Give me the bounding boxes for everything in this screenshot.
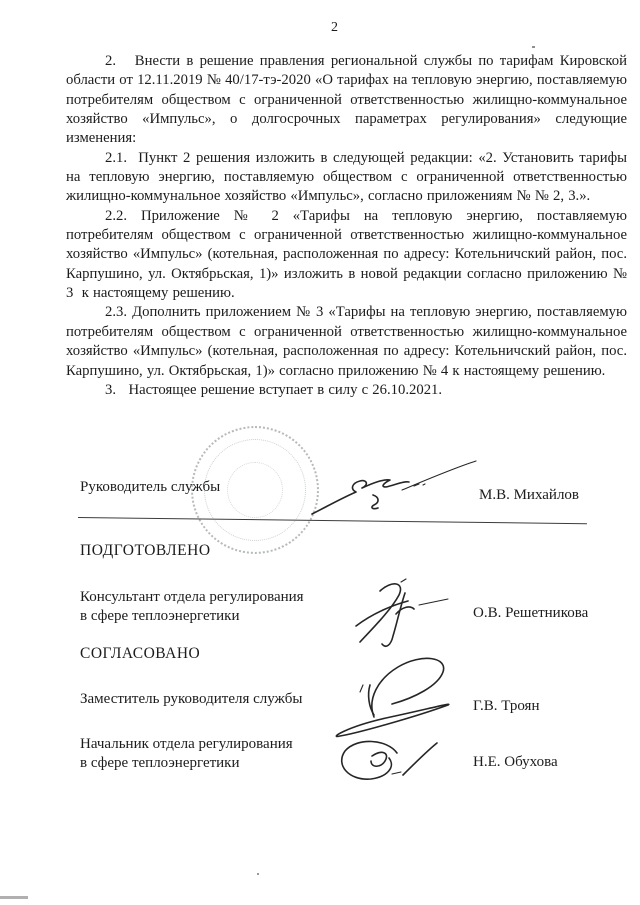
head-signer-title: Руководитель службы bbox=[80, 478, 220, 497]
signature-rule-line bbox=[78, 517, 587, 524]
scan-artifact-corner-line bbox=[0, 896, 28, 899]
document-page: 2 2. Внести в решение правления регионал… bbox=[0, 0, 640, 905]
signature-troyan bbox=[330, 655, 470, 745]
paragraph-2-3: 2.3. Дополнить приложением № 3 «Тарифы н… bbox=[66, 303, 627, 380]
prepared-signer-title-line2: в сфере теплоэнергетики bbox=[80, 607, 304, 626]
page-number: 2 bbox=[66, 20, 603, 36]
paragraph-2-2: 2.2. Приложение № 2 «Тарифы на тепловую … bbox=[66, 207, 627, 304]
agreed-signer-2-name: Н.Е. Обухова bbox=[473, 753, 558, 772]
signature-obukhova bbox=[335, 735, 445, 790]
prepared-section-label: ПОДГОТОВЛЕНО bbox=[80, 542, 211, 560]
paragraph-3: 3. Настоящее решение вступает в силу с 2… bbox=[66, 381, 627, 400]
prepared-signer-name: О.В. Решетникова bbox=[473, 604, 588, 623]
agreed-section-label: СОГЛАСОВАНО bbox=[80, 645, 200, 663]
agreed-signer-2-title: Начальник отдела регулирования в сфере т… bbox=[80, 735, 293, 773]
agreed-signer-2-title-line2: в сфере теплоэнергетики bbox=[80, 754, 293, 773]
paragraph-2-1: 2.1. Пункт 2 решения изложить в следующе… bbox=[66, 149, 627, 207]
agreed-signer-1-title: Заместитель руководителя службы bbox=[80, 690, 302, 709]
signature-mikhaylov bbox=[310, 452, 480, 518]
agreed-signer-1-name: Г.В. Троян bbox=[473, 697, 539, 716]
signature-reshetnikova bbox=[353, 578, 453, 654]
scan-artifact-dot bbox=[257, 873, 259, 875]
prepared-signer-title: Консультант отдела регулирования в сфере… bbox=[80, 588, 304, 626]
scan-artifact-dot bbox=[532, 46, 535, 48]
agreed-signer-2-title-line1: Начальник отдела регулирования bbox=[80, 735, 293, 754]
paragraph-2: 2. Внести в решение правления региональн… bbox=[66, 52, 627, 149]
document-body: 2. Внести в решение правления региональн… bbox=[66, 52, 627, 400]
prepared-signer-title-line1: Консультант отдела регулирования bbox=[80, 588, 304, 607]
head-signer-name: М.В. Михайлов bbox=[479, 486, 579, 505]
